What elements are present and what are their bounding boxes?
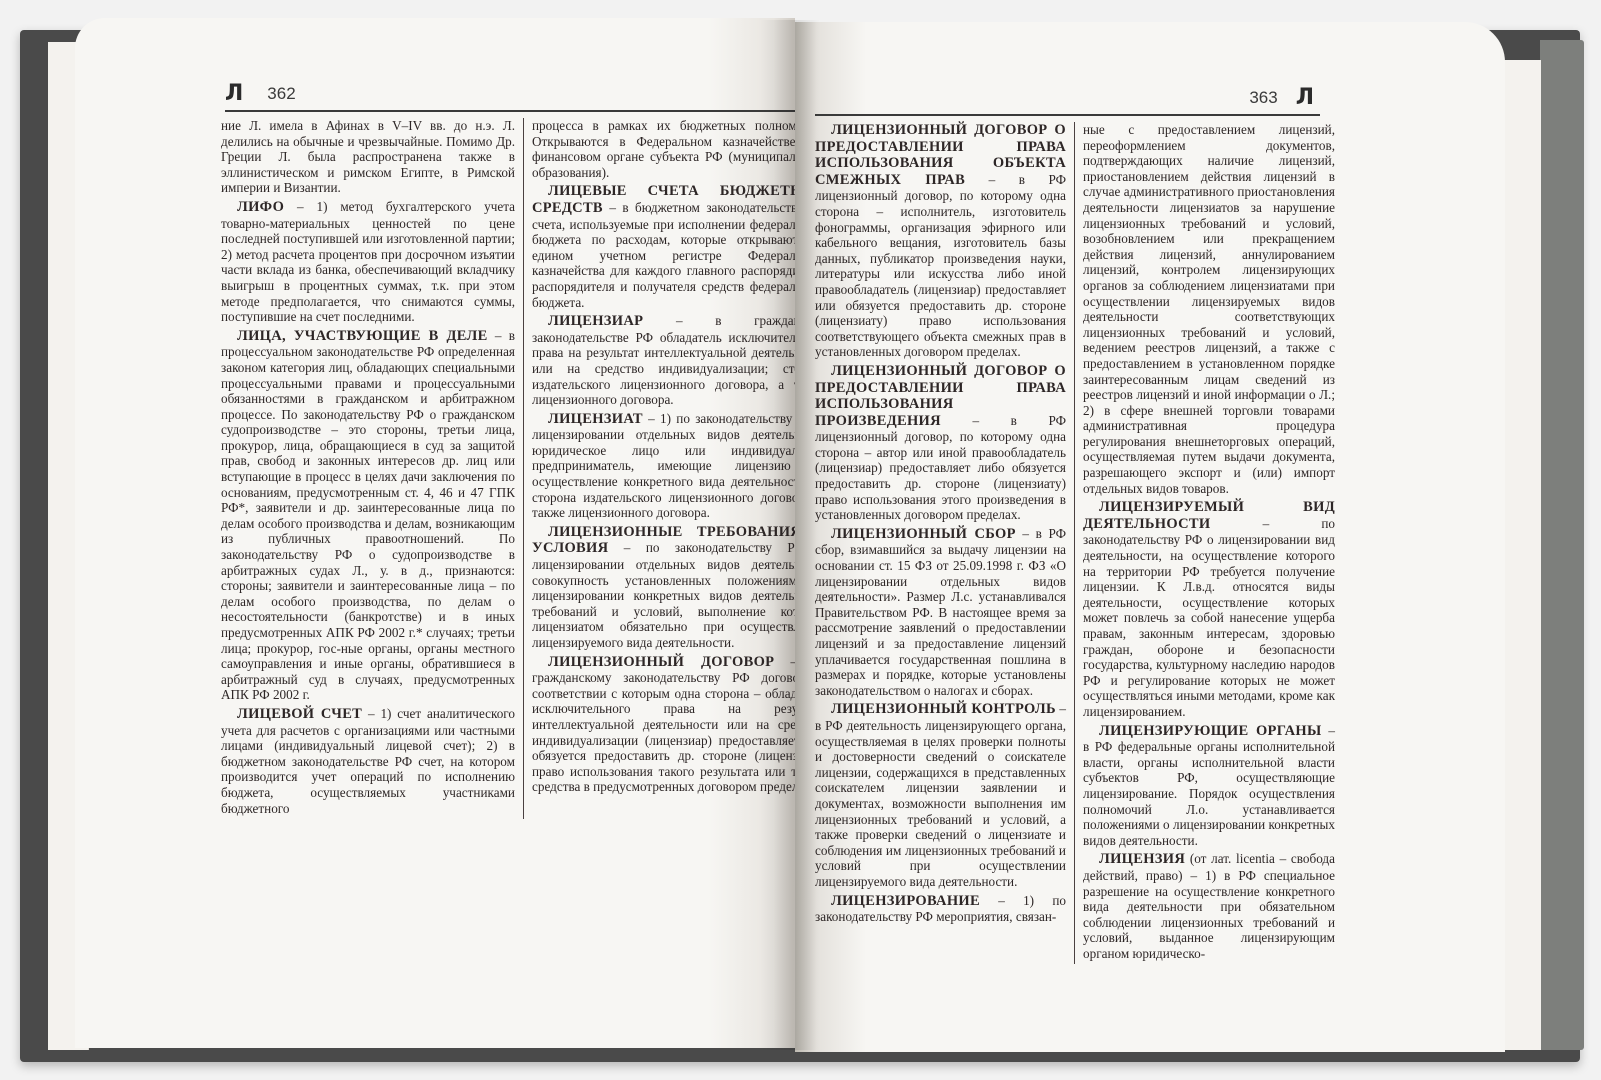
dictionary-entry: ЛИЦЕВЫЕ СЧЕТА БЮДЖЕТНЫХ СРЕДСТВ – в бюдж… <box>532 183 795 310</box>
dictionary-entry: ЛИЦА, УЧАСТВУЮЩИЕ В ДЕЛЕ – в процессуаль… <box>221 328 515 703</box>
page-stack-right <box>1500 60 1541 1050</box>
book-cover-edge <box>1540 40 1584 1050</box>
entry-term: ЛИЦЕНЗИАР <box>548 313 643 329</box>
dictionary-entry: процесса в рамках их бюджетных полномочи… <box>532 118 795 180</box>
right-page: 363 Л ЛИЦЕНЗИОННЫЙ ДОГОВОР О ПРЕДОСТАВЛЕ… <box>795 22 1505 1052</box>
column: ные с предоставлением лицензий, переофор… <box>1075 122 1335 964</box>
entry-term: ЛИЦЕНЗИРОВАНИЕ <box>831 893 980 909</box>
column: ЛИЦЕНЗИОННЫЙ ДОГОВОР О ПРЕДОСТАВЛЕНИИ ПР… <box>815 122 1075 964</box>
entry-term: ЛИЦЕНЗИЯ <box>1099 851 1185 867</box>
dictionary-entry: ЛИЦЕНЗИРУЮЩИЕ ОРГАНЫ – в РФ федеральные … <box>1083 723 1335 849</box>
entry-definition: – 1) счет аналитического учета для расче… <box>221 706 515 816</box>
right-page-header: 363 Л <box>815 80 1320 116</box>
entry-definition: – в процессуальном законодательстве РФ о… <box>221 328 515 703</box>
entry-definition: ние Л. имела в Афинах в V–IV вв. до н.э.… <box>221 118 515 195</box>
page-number: 363 <box>1231 88 1295 114</box>
entry-definition: – в РФ сбор, взимавшийся за выдачу лицен… <box>815 526 1066 698</box>
left-page-header: Л 362 <box>225 76 795 112</box>
left-page: Л 362 ние Л. имела в Афинах в V–IV вв. д… <box>75 18 795 1048</box>
page-number: 362 <box>249 84 313 110</box>
left-page-columns: ние Л. имела в Афинах в V–IV вв. до н.э.… <box>221 118 795 819</box>
entry-definition: – в РФ федеральные органы исполнительной… <box>1083 723 1335 848</box>
dictionary-entry: ЛИЦЕНЗИОННЫЕ ТРЕБОВАНИЯ И УСЛОВИЯ – по з… <box>532 524 795 651</box>
section-letter: Л <box>225 81 249 110</box>
entry-definition: – 1) метод бухгалтерского учета товарно-… <box>221 199 515 324</box>
entry-term: ЛИЦЕВОЙ СЧЕТ <box>237 706 362 722</box>
entry-term: ЛИФО <box>237 199 284 215</box>
entry-term: ЛИЦЕНЗИОННЫЙ ДОГОВОР <box>548 654 774 670</box>
section-letter: Л <box>1296 85 1320 114</box>
dictionary-entry: ЛИЦЕНЗИОННЫЙ КОНТРОЛЬ – в РФ деятельност… <box>815 701 1066 889</box>
dictionary-entry: ЛИЦЕНЗИРУЕМЫЙ ВИД ДЕЯТЕЛЬНОСТИ – по зако… <box>1083 499 1335 719</box>
entry-definition: – в РФ лицензионный договор, по которому… <box>815 413 1066 523</box>
dictionary-entry: ние Л. имела в Афинах в V–IV вв. до н.э.… <box>221 118 515 196</box>
dictionary-entry: ЛИЦЕНЗИРОВАНИЕ – 1) по законодательству … <box>815 893 1066 925</box>
dictionary-entry: ЛИЦЕНЗИОННЫЙ ДОГОВОР О ПРЕДОСТАВЛЕНИИ ПР… <box>815 363 1066 523</box>
column: процесса в рамках их бюджетных полномочи… <box>524 118 795 819</box>
dictionary-entry: ЛИЦЕНЗИОННЫЙ ДОГОВОР – по гражданскому з… <box>532 654 795 795</box>
entry-definition: – 1) по законодательству РФ о лицензиров… <box>532 411 795 521</box>
entry-definition: – по законодательству РФ о лицензировани… <box>1083 516 1335 719</box>
entry-term: ЛИЦЕНЗИОННЫЙ СБОР <box>831 526 1016 542</box>
entry-definition: ные с предоставлением лицензий, переофор… <box>1083 122 1335 496</box>
column: ние Л. имела в Афинах в V–IV вв. до н.э.… <box>221 118 524 819</box>
entry-definition: процесса в рамках их бюджетных полномочи… <box>532 118 795 180</box>
dictionary-entry: ЛИЦЕНЗИОННЫЙ СБОР – в РФ сбор, взимавший… <box>815 526 1066 699</box>
entry-term: ЛИЦЕНЗИАТ <box>548 411 643 427</box>
entry-term: ЛИЦА, УЧАСТВУЮЩИЕ В ДЕЛЕ <box>237 328 488 344</box>
dictionary-entry: ЛИФО – 1) метод бухгалтерского учета тов… <box>221 199 515 325</box>
dictionary-entry: ные с предоставлением лицензий, переофор… <box>1083 122 1335 496</box>
entry-definition: – в РФ деятельность лицензирующего орган… <box>815 701 1066 889</box>
entry-term: ЛИЦЕНЗИОННЫЙ КОНТРОЛЬ <box>831 701 1056 717</box>
dictionary-entry: ЛИЦЕНЗИАТ – 1) по законодательству РФ о … <box>532 411 795 521</box>
entry-definition: – по законодательству РФ о лицензировани… <box>532 540 795 650</box>
dictionary-entry: ЛИЦЕНЗИЯ (от лат. licentia – свобода дей… <box>1083 851 1335 961</box>
right-page-columns: ЛИЦЕНЗИОННЫЙ ДОГОВОР О ПРЕДОСТАВЛЕНИИ ПР… <box>815 122 1335 964</box>
entry-definition: – по гражданскому законодательству РФ до… <box>532 654 795 795</box>
dictionary-entry: ЛИЦЕНЗИОННЫЙ ДОГОВОР О ПРЕДОСТАВЛЕНИИ ПР… <box>815 122 1066 360</box>
entry-term: ЛИЦЕНЗИРУЮЩИЕ ОРГАНЫ <box>1099 723 1322 739</box>
dictionary-entry: ЛИЦЕНЗИАР – в гражданском законодательст… <box>532 313 795 408</box>
entry-definition: – в РФ лицензионный договор, по которому… <box>815 172 1066 360</box>
entry-definition: (от лат. licentia – свобода действий, пр… <box>1083 851 1335 961</box>
dictionary-entry: ЛИЦЕВОЙ СЧЕТ – 1) счет аналитического уч… <box>221 706 515 816</box>
entry-definition: – в бюджетном законодательстве РФ счета,… <box>532 200 795 310</box>
